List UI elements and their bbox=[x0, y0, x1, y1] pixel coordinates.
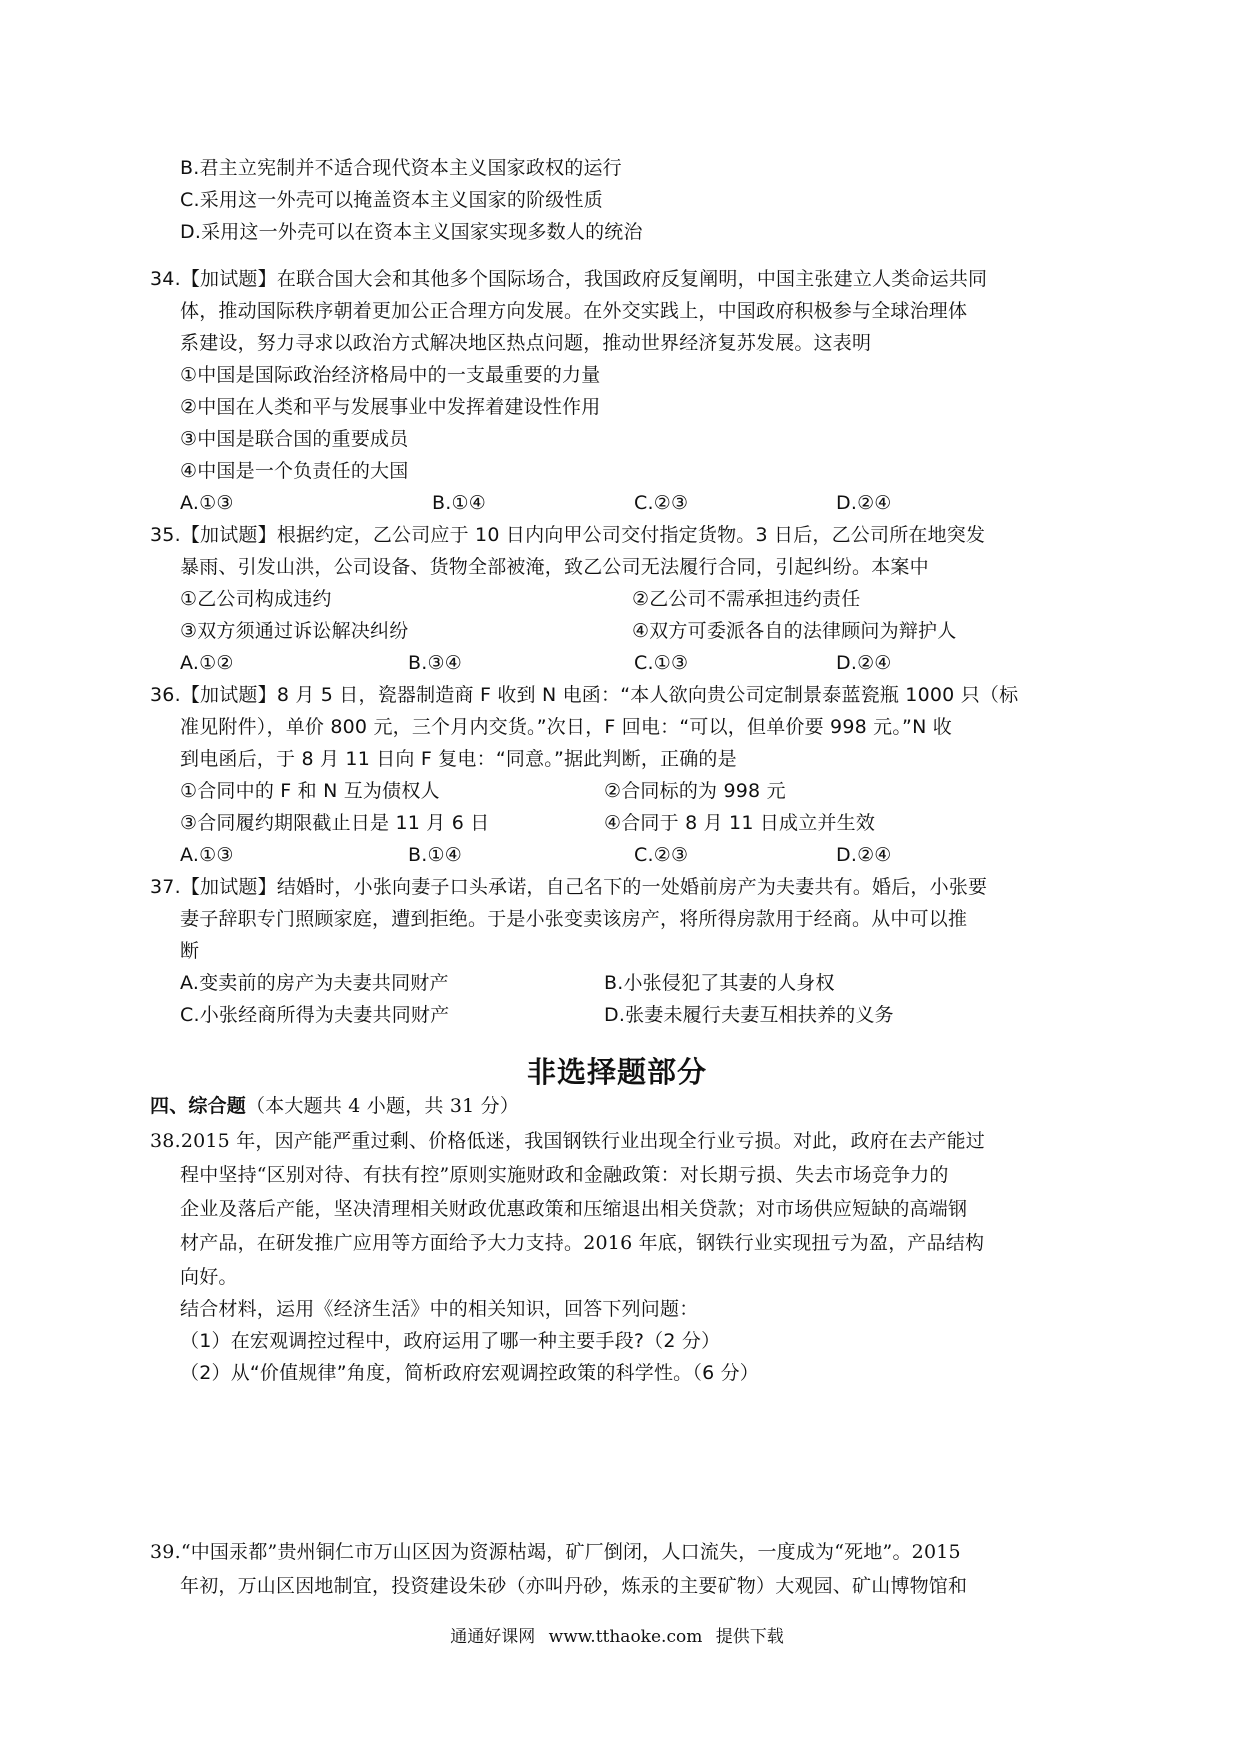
q36-choice-a: A.①③ bbox=[180, 843, 234, 867]
q39-stem-line-1: 39.“中国汞都”贵州铜仁市万山区因为资源枯竭，矿厂倒闭，人口流失，一度成为“死… bbox=[150, 1540, 961, 1564]
q33-option-d: D.采用这一外壳可以在资本主义国家实现多数人的统治 bbox=[180, 220, 643, 244]
q38-stem-line-1: 38.2015 年，因产能严重过剩、价格低迷，我国钢铁行业出现全行业亏损。对此，… bbox=[150, 1129, 985, 1153]
q37-choice-b: B.小张侵犯了其妻的人身权 bbox=[604, 971, 835, 995]
q37-stem-line-1: 37.【加试题】结婚时，小张向妻子口头承诺，自己名下的一处婚前房产为夫妻共有。婚… bbox=[150, 875, 987, 899]
q36-statement-3: ③合同履约期限截止日是 11 月 6 日 bbox=[180, 811, 489, 835]
q38-stem-line-2: 程中坚持“区别对待、有扶有控”原则实施财政和金融政策：对长期亏损、失去市场竞争力… bbox=[180, 1163, 949, 1187]
q35-choice-d: D.②④ bbox=[836, 651, 892, 675]
q35-choice-b: B.③④ bbox=[408, 651, 462, 675]
q35-statement-3: ③双方须通过诉讼解决纠纷 bbox=[180, 619, 408, 643]
q37-stem-line-2: 妻子辞职专门照顾家庭，遭到拒绝。于是小张变卖该房产，将所得房款用于经商。从中可以… bbox=[180, 907, 967, 931]
q36-choice-c: C.②③ bbox=[634, 843, 688, 867]
q38-stem-line-4: 材产品，在研发推广应用等方面给予大力支持。2016 年底，钢铁行业实现扭亏为盈，… bbox=[180, 1231, 984, 1255]
q36-stem-line-2: 准见附件），单价 800 元，三个月内交货。”次日，F 回电：“可以，但单价要 … bbox=[180, 715, 952, 739]
q35-choice-c: C.①③ bbox=[634, 651, 688, 675]
q34-choice-a: A.①③ bbox=[180, 491, 234, 515]
footer-url[interactable]: www.tthaoke.com bbox=[549, 1627, 703, 1647]
q34-statement-2: ②中国在人类和平与发展事业中发挥着建设性作用 bbox=[180, 395, 600, 419]
q34-choice-d: D.②④ bbox=[836, 491, 892, 515]
part-heading-sub: （本大题共 4 小题，共 31 分） bbox=[246, 1095, 519, 1117]
q39-stem-line-2: 年初，万山区因地制宜，投资建设朱砂（亦叫丹砂，炼汞的主要矿物）大观园、矿山博物馆… bbox=[180, 1574, 967, 1598]
q35-choice-a: A.①② bbox=[180, 651, 234, 675]
q38-stem-line-3: 企业及落后产能，坚决清理相关财政优惠政策和压缩退出相关贷款；对市场供应短缺的高端… bbox=[180, 1197, 967, 1221]
q37-choice-a: A.变卖前的房产为夫妻共同财产 bbox=[180, 971, 449, 995]
q33-option-b: B.君主立宪制并不适合现代资本主义国家政权的运行 bbox=[180, 156, 622, 180]
q36-choice-b: B.①④ bbox=[408, 843, 462, 867]
q34-stem-line-1: 34.【加试题】在联合国大会和其他多个国际场合，我国政府反复阐明，中国主张建立人… bbox=[150, 267, 987, 291]
q34-statement-4: ④中国是一个负责任的大国 bbox=[180, 459, 408, 483]
q36-statement-1: ①合同中的 F 和 N 互为债权人 bbox=[180, 779, 440, 803]
q36-statement-4: ④合同于 8 月 11 日成立并生效 bbox=[604, 811, 875, 835]
q34-choice-b: B.①④ bbox=[432, 491, 486, 515]
q34-stem-line-3: 系建设，努力寻求以政治方式解决地区热点问题，推动世界经济复苏发展。这表明 bbox=[180, 331, 871, 355]
part-heading: 四、综合题（本大题共 4 小题，共 31 分） bbox=[150, 1094, 519, 1118]
q35-stem-line-1: 35.【加试题】根据约定，乙公司应于 10 日内向甲公司交付指定货物。3 日后，… bbox=[150, 523, 985, 547]
part-heading-title: 四、综合题 bbox=[150, 1095, 246, 1117]
q38-subquestion-1: （1）在宏观调控过程中，政府运用了哪一种主要手段?（2 分） bbox=[180, 1329, 720, 1353]
q37-choice-d: D.张妻未履行夫妻互相扶养的义务 bbox=[604, 1003, 894, 1027]
q37-choice-c: C.小张经商所得为夫妻共同财产 bbox=[180, 1003, 449, 1027]
q35-statement-1: ①乙公司构成违约 bbox=[180, 587, 332, 611]
q34-statement-3: ③中国是联合国的重要成员 bbox=[180, 427, 408, 451]
footer-suffix: 提供下载 bbox=[716, 1627, 784, 1647]
q38-subquestion-2: （2）从“价值规律”角度，简析政府宏观调控政策的科学性。（6 分） bbox=[180, 1361, 759, 1385]
q35-statement-4: ④双方可委派各自的法律顾问为辩护人 bbox=[632, 619, 956, 643]
q34-statement-1: ①中国是国际政治经济格局中的一支最重要的力量 bbox=[180, 363, 600, 387]
q36-statement-2: ②合同标的为 998 元 bbox=[604, 779, 786, 803]
section-title: 非选择题部分 bbox=[0, 1050, 1234, 1091]
q38-stem-line-5: 向好。 bbox=[180, 1265, 238, 1289]
page-footer: 通通好课网 www.tthaoke.com 提供下载 bbox=[0, 1622, 1234, 1647]
q33-option-c: C.采用这一外壳可以掩盖资本主义国家的阶级性质 bbox=[180, 188, 603, 212]
q36-stem-line-1: 36.【加试题】8 月 5 日，瓷器制造商 F 收到 N 电函：“本人欲向贵公司… bbox=[150, 683, 1018, 707]
q36-stem-line-3: 到电函后，于 8 月 11 日向 F 复电：“同意。”据此判断，正确的是 bbox=[180, 747, 737, 771]
q34-choice-c: C.②③ bbox=[634, 491, 688, 515]
q36-choice-d: D.②④ bbox=[836, 843, 892, 867]
q38-prompt: 结合材料，运用《经济生活》中的相关知识，回答下列问题： bbox=[180, 1297, 698, 1321]
q34-stem-line-2: 体，推动国际秩序朝着更加公正合理方向发展。在外交实践上，中国政府积极参与全球治理… bbox=[180, 299, 967, 323]
q35-statement-2: ②乙公司不需承担违约责任 bbox=[632, 587, 860, 611]
footer-site-name: 通通好课网 bbox=[450, 1627, 535, 1647]
q35-stem-line-2: 暴雨、引发山洪，公司设备、货物全部被淹，致乙公司无法履行合同，引起纠纷。本案中 bbox=[180, 555, 929, 579]
q37-stem-line-3: 断 bbox=[180, 939, 199, 963]
